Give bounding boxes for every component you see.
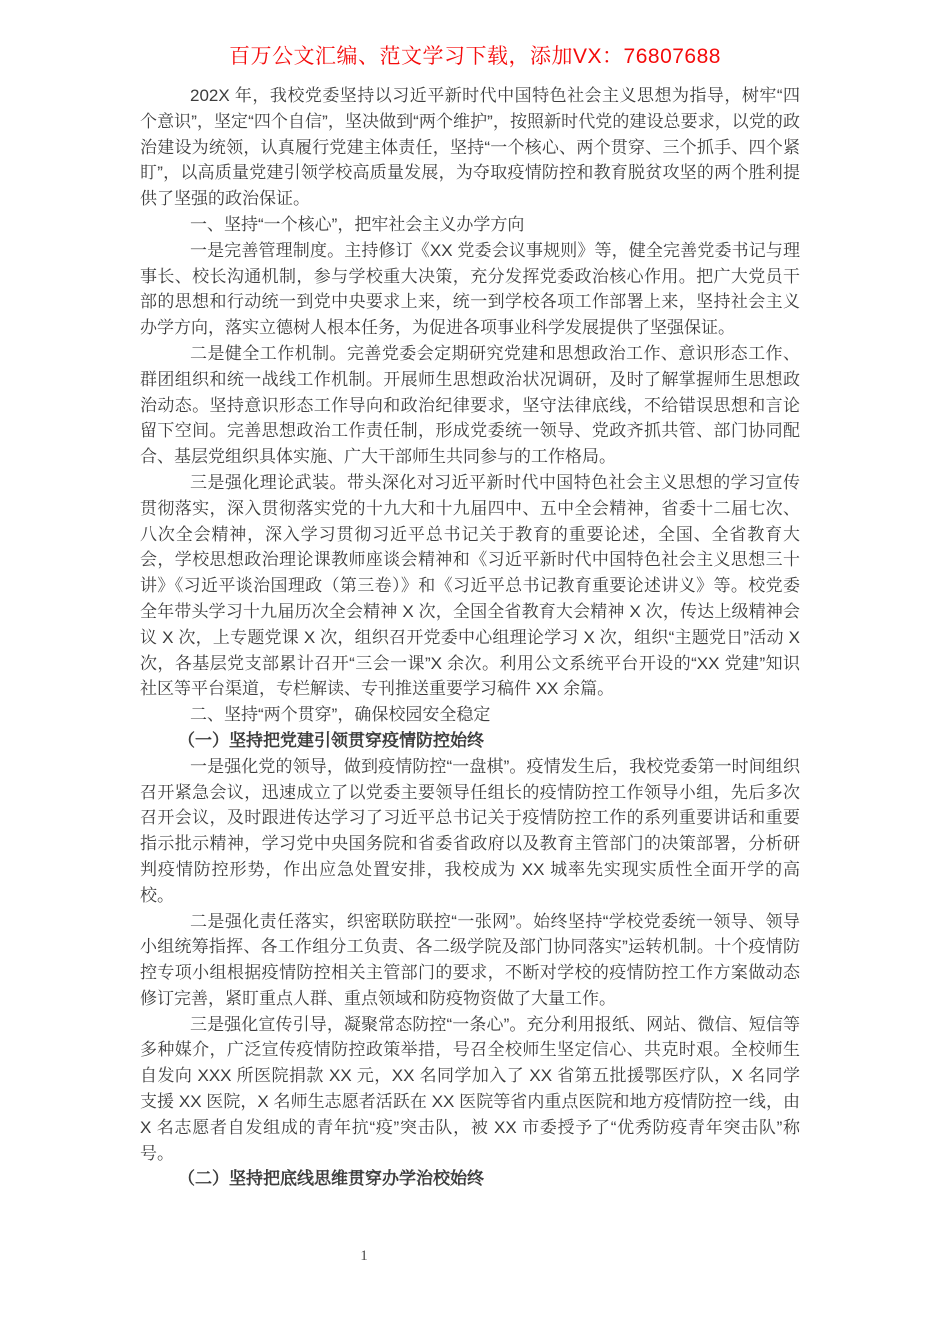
document-body: 202X 年，我校党委坚持以习近平新时代中国特色社会主义思想为指导，树牢“四个意… <box>140 83 800 1192</box>
paragraph: 三是强化宣传引导，凝聚常态防控“一条心”。充分利用报纸、网站、微信、短信等多种媒… <box>140 1012 800 1167</box>
paragraph: 202X 年，我校党委坚持以习近平新时代中国特色社会主义思想为指导，树牢“四个意… <box>140 83 800 212</box>
section-heading: 一、坚持“一个核心”，把牢社会主义办学方向 <box>140 212 800 238</box>
paragraph: 一是强化党的领导，做到疫情防控“一盘棋”。疫情发生后，我校党委第一时间组织召开紧… <box>140 754 800 909</box>
section-heading: （一）坚持把党建引领贯穿疫情防控始终 <box>140 728 800 754</box>
section-heading: 二、坚持“两个贯穿”，确保校园安全稳定 <box>140 702 800 728</box>
paragraph: 二是强化责任落实，织密联防联控“一张网”。始终坚持“学校党委统一领导、领导小组统… <box>140 909 800 1012</box>
promo-header-text: 百万公文汇编、范文学习下载，添加VX：76807688 <box>0 44 950 70</box>
section-heading: （二）坚持把底线思维贯穿办学治校始终 <box>140 1166 800 1192</box>
paragraph: 三是强化理论武装。带头深化对习近平新时代中国特色社会主义思想的学习宣传贯彻落实，… <box>140 470 800 702</box>
page-number: 1 <box>352 1246 376 1266</box>
paragraph: 二是健全工作机制。完善党委会定期研究党建和思想政治工作、意识形态工作、群团组织和… <box>140 341 800 470</box>
paragraph: 一是完善管理制度。主持修订《XX 党委会议事规则》等，健全完善党委书记与理事长、… <box>140 238 800 341</box>
